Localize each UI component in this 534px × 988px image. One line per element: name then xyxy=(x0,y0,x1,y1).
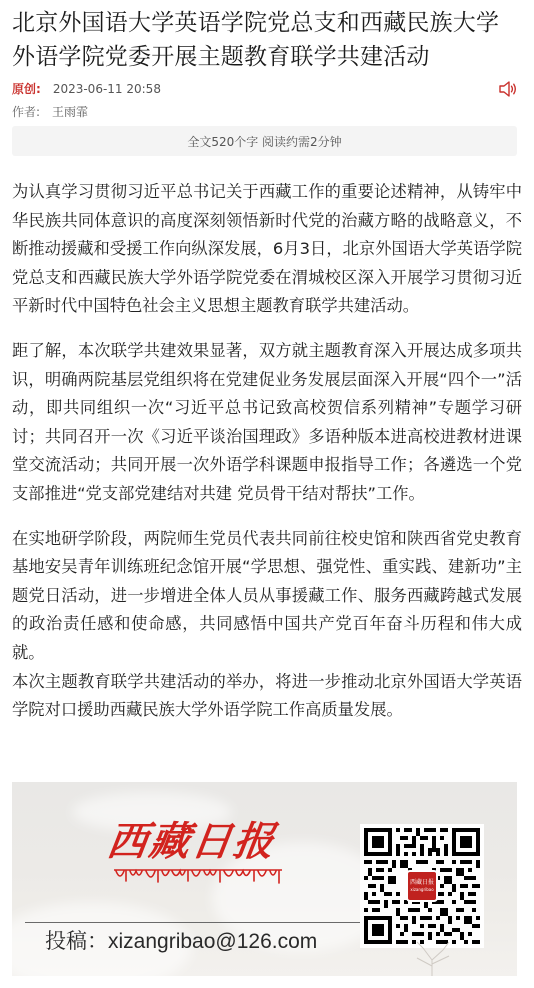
qr-center-logo: 西藏日报 xizangribao xyxy=(406,870,438,902)
qr-code[interactable]: 西藏日报 xizangribao xyxy=(360,824,484,948)
contribute-email[interactable]: 投稿：xizangribao@126.com xyxy=(45,922,317,962)
speaker-icon xyxy=(498,80,518,98)
article-paragraph: 距了解，本次联学共建效果显著，双方就主题教育深入开展达成多项共识，明确两院基层党… xyxy=(12,337,522,509)
article-meta-author-row: 作者: 王雨霏 xyxy=(12,103,88,121)
article-paragraph: 为认真学习贯彻习近平总书记关于西藏工作的重要论述精神，从铸牢中华民族共同体意识的… xyxy=(12,178,522,321)
publish-datetime: 2023-06-11 20:58 xyxy=(53,80,161,98)
qr-badge-subtitle: xizangribao xyxy=(410,886,433,893)
audio-play-button[interactable] xyxy=(498,80,518,98)
author-name: 王雨霏 xyxy=(52,103,88,121)
xizang-daily-logo: 西藏日报 xyxy=(104,810,280,867)
author-label: 作者: xyxy=(12,103,40,121)
tree-branch-decoration xyxy=(387,936,477,976)
article-paragraph: 在实地研学阶段，两院师生党员代表共同前往校史馆和陕西省党史教育基地安吴青年训练班… xyxy=(12,525,522,668)
xizang-daily-banner: 西藏日报 投稿：xizangribao@126.com xyxy=(12,782,517,976)
reading-info-bar: 全文520个字 阅读约需2分钟 xyxy=(12,126,517,156)
article-paragraph: 本次主题教育联学共建活动的举办，将进一步推动北京外国语大学英语学院对口援助西藏民… xyxy=(12,668,522,725)
article-title: 北京外国语大学英语学院党总支和西藏民族大学外语学院党委开展主题教育联学共建活动 xyxy=(12,6,522,74)
original-label: 原创: xyxy=(12,80,41,98)
article-body: 为认真学习贯彻习近平总书记关于西藏工作的重要论述精神，从铸牢中华民族共同体意识的… xyxy=(12,178,522,725)
article-page: 北京外国语大学英语学院党总支和西藏民族大学外语学院党委开展主题教育联学共建活动 … xyxy=(0,0,534,988)
article-meta-date-row: 原创: 2023-06-11 20:58 xyxy=(12,80,161,98)
tibetan-script-logo xyxy=(112,866,284,886)
qr-badge-title: 西藏日报 xyxy=(410,879,434,886)
reading-info-text: 全文520个字 阅读约需2分钟 xyxy=(187,133,341,150)
